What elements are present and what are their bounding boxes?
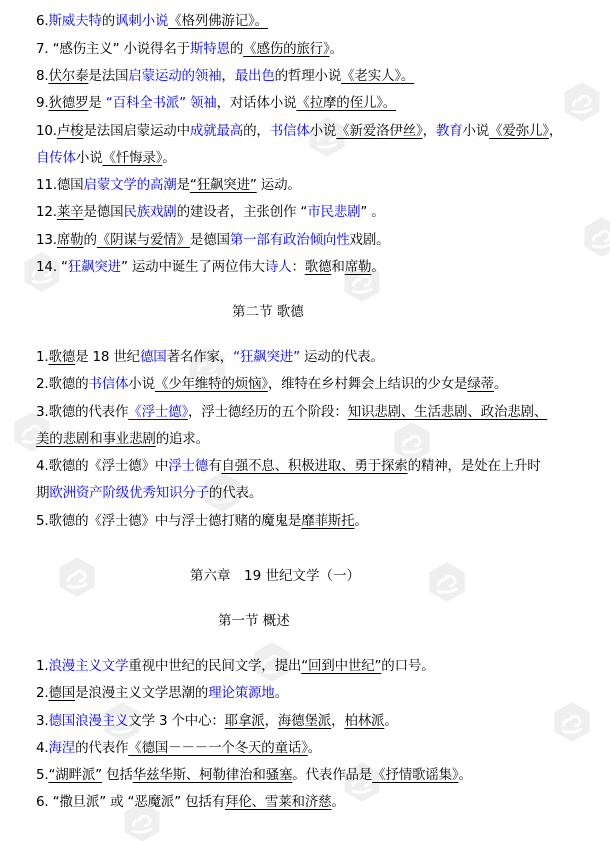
underlined-text: “回到中世纪” — [301, 658, 381, 674]
text-segment: 的精神，是处在上升时 — [408, 458, 541, 474]
text-segment: 运动。 — [257, 177, 301, 193]
highlighted-text: 成就最高 — [190, 123, 243, 139]
section-title: 第二节 歌德 — [232, 303, 304, 321]
text-segment: ，对话体小说 — [217, 95, 297, 111]
underlined-text: 华兹华斯、柯勒律治和骚塞 — [133, 767, 293, 783]
underlined-text: 绿蒂 — [467, 376, 494, 392]
list-item-continuation: 期欧洲资产阶级优秀知识分子的代表。 — [36, 484, 262, 502]
list-item: 6. “撒旦派” 或 “恶魔派” 包括有拜伦、雪莱和济慈。 — [36, 793, 345, 811]
list-item: 8.伏尔泰是法国启蒙运动的领袖，最出色的哲理小说《老实人》。 — [36, 67, 414, 85]
text-segment: ， — [423, 123, 436, 139]
list-item: 4.海涅的代表作《德国－－－一个冬天的童话》。 — [36, 739, 321, 757]
text-segment: 的追求。 — [156, 431, 209, 447]
highlighted-text: 书信体 — [270, 123, 310, 139]
highlighted-text: 德国浪漫主义 — [48, 713, 128, 729]
text-segment: 的 — [83, 232, 96, 248]
text-segment: 和 — [331, 259, 344, 275]
underlined-text: 《阴谋与爱情》 — [97, 232, 190, 248]
underlined-text: 靡菲斯托 — [301, 513, 354, 529]
text-segment: ， — [265, 713, 278, 729]
highlighted-text: 最出色 — [235, 68, 275, 84]
highlighted-text: 书信体 — [88, 376, 128, 392]
list-item: 11.德国启蒙文学的高潮是“狂飙突进” 运动。 — [36, 176, 301, 194]
highlighted-text: 第一部有政治倾向性 — [230, 232, 350, 248]
watermark-icon — [55, 555, 99, 599]
watermark-icon — [550, 700, 594, 744]
highlighted-text: 启蒙运动的领袖 — [128, 68, 221, 84]
section-title: 第一节 概述 — [218, 612, 290, 630]
text-segment: 的哲理小说 — [275, 68, 342, 84]
text-segment: 有 — [208, 458, 221, 474]
text-segment: 。 — [458, 767, 471, 783]
text-segment: 是 18 世纪 — [75, 349, 140, 365]
text-segment: 13. — [36, 232, 57, 248]
underlined-text: “湖畔派” — [48, 767, 102, 783]
underlined-text: 《格列佛游记》。 — [168, 13, 268, 29]
underlined-text: 《抒情歌谣集》 — [372, 767, 458, 783]
highlighted-text: 自传体 — [36, 150, 76, 166]
list-item: 14. “狂飙突进” 运动中诞生了两位伟大诗人：歌德和席勒。 — [36, 258, 385, 276]
text-segment: 6. — [36, 13, 48, 29]
highlighted-text: 海涅 — [48, 740, 75, 756]
text-segment: 11.德国 — [36, 177, 83, 193]
text-segment: 1. — [36, 658, 48, 674]
text-segment: 是法国启蒙运动中 — [83, 123, 189, 139]
underlined-text: 耶拿派 — [225, 713, 265, 729]
text-segment: 。 — [371, 259, 384, 275]
list-item: 2.德国是浪漫主义文学思潮的理论策源地。 — [36, 684, 288, 702]
text-segment: 14. “ — [36, 259, 68, 275]
underlined-text: 德国 — [48, 685, 75, 701]
text-segment: 小说 — [463, 123, 490, 139]
highlighted-text: 欧洲资产阶级优秀知识分子 — [49, 485, 209, 501]
watermark-icon — [580, 215, 610, 259]
underlined-text: 《感伤的旅行》 — [243, 41, 329, 57]
text-segment: ” 。 — [360, 204, 384, 220]
text-segment: 的代表。 — [209, 485, 262, 501]
text-segment: 。 — [162, 150, 175, 166]
highlighted-text: 《浮士德》 — [128, 404, 188, 420]
highlighted-text: 浪漫主义文学 — [48, 658, 128, 674]
text-segment: 是法国 — [88, 68, 128, 84]
text-segment: 8. — [36, 68, 48, 84]
list-item: 4.歌德的《浮士德》中浮士德有自强不息、积极进取、勇于探索的精神，是处在上升时 — [36, 457, 541, 475]
text-segment: 的口号。 — [381, 658, 434, 674]
list-item: 5.歌德的《浮士德》中与浮士德打赌的魔鬼是靡菲斯托。 — [36, 512, 368, 530]
text-segment: 著名作家， — [167, 349, 234, 365]
list-item: 6.斯威夫特的讽刺小说《格列佛游记》。 — [36, 12, 268, 30]
watermark-icon — [560, 80, 604, 124]
text-segment: 9. — [36, 95, 48, 111]
highlighted-text: 浮士德 — [168, 458, 208, 474]
text-segment: 的建设者，主张创作 “ — [177, 204, 308, 220]
text-segment: 小说 — [310, 123, 337, 139]
text-segment: 7. “感伤主义” 小说得名于 — [36, 41, 190, 57]
highlighted-text: 民族戏剧 — [123, 204, 176, 220]
highlighted-text: 诗人 — [265, 259, 292, 275]
text-segment: 是德国 — [83, 204, 123, 220]
text-segment: 是浪漫主义文学思潮的 — [75, 685, 208, 701]
highlighted-text: “百科全书派” 领袖 — [106, 95, 217, 111]
highlighted-text: 启蒙文学的高潮 — [83, 177, 176, 193]
list-item: 1.歌德是 18 世纪德国著名作家，“狂飙突进” 运动的代表。 — [36, 348, 384, 366]
text-segment: 期 — [36, 485, 49, 501]
text-segment: 3. — [36, 713, 48, 729]
text-segment: ， — [331, 713, 344, 729]
underlined-text: “狂飙突进” — [190, 177, 257, 193]
underlined-text: 柏林派 — [344, 713, 384, 729]
list-item: 13.席勒的《阴谋与爱情》是德国第一部有政治倾向性戏剧。 — [36, 231, 389, 249]
text-segment: 运动的代表。 — [300, 349, 384, 365]
text-segment: 4. — [36, 740, 48, 756]
text-segment: 。 — [275, 685, 288, 701]
document-page: 6.斯威夫特的讽刺小说《格列佛游记》。 7. “感伤主义” 小说得名于斯特恩的《… — [0, 0, 610, 841]
text-segment: 2. — [36, 685, 48, 701]
underlined-text: 《忏悔录》 — [103, 150, 163, 166]
text-segment: 的代表作 — [75, 740, 128, 756]
text-segment: ，维特在乡村舞会上结识的少女是 — [268, 376, 468, 392]
text-segment: 。 — [384, 713, 397, 729]
chapter-title: 第六章 19 世纪文学（一） — [190, 567, 360, 585]
text-segment: 4.歌德的《浮士德》中 — [36, 458, 168, 474]
text-segment: 。 — [354, 513, 367, 529]
text-segment: 3.歌德的代表作 — [36, 404, 128, 420]
highlighted-text: 德国 — [140, 349, 167, 365]
text-segment: 。 — [494, 376, 507, 392]
text-segment: 是 — [88, 95, 105, 111]
underlined-text: 《少年维特的烦恼》 — [155, 376, 268, 392]
text-segment: ，浮士德经历的五个阶段： — [188, 404, 348, 420]
underlined-text: 歌德 — [305, 259, 332, 275]
text-segment: 是德国 — [190, 232, 230, 248]
underlined-text: 卢梭 — [57, 123, 84, 139]
text-segment: 小说 — [76, 150, 103, 166]
list-item: 10.卢梭是法国启蒙运动中成就最高的，书信体小说《新爱洛伊丝》，教育小说《爱弥儿… — [36, 122, 562, 140]
underlined-text: 《老实人》。 — [341, 68, 414, 84]
text-segment: 5.歌德的《浮士德》中与浮士德打赌的魔鬼是 — [36, 513, 301, 529]
underlined-text: 莱辛 — [57, 204, 84, 220]
text-segment: 重视中世纪的民间文学，提出 — [128, 658, 301, 674]
underlined-text: 伏尔泰 — [48, 68, 88, 84]
highlighted-text: 斯威夫特 — [48, 13, 101, 29]
underlined-text: 美的悲剧和事业悲剧 — [36, 431, 156, 447]
text-segment: 的 — [102, 13, 115, 29]
list-item: 12.莱辛是德国民族戏剧的建设者，主张创作 “市民悲剧” 。 — [36, 203, 385, 221]
underlined-text: 自强不息、积极进取、勇于探索 — [221, 458, 407, 474]
text-segment: 。 — [330, 41, 343, 57]
list-item: 9.狄德罗是 “百科全书派” 领袖，对话体小说《拉摩的侄儿》。 — [36, 94, 396, 112]
text-segment: 。 — [308, 740, 321, 756]
list-item: 1.浪漫主义文学重视中世纪的民间文学，提出“回到中世纪”的口号。 — [36, 657, 435, 675]
text-segment: 的， — [243, 123, 270, 139]
list-item: 2.歌德的书信体小说《少年维特的烦恼》，维特在乡村舞会上结识的少女是绿蒂。 — [36, 375, 507, 393]
text-segment: 5. — [36, 767, 48, 783]
underlined-text: 席勒 — [57, 232, 84, 248]
text-segment: ” 运动中诞生了两位伟大 — [121, 259, 265, 275]
underlined-text: 知识悲剧、生活悲剧、政治悲剧、 — [348, 404, 548, 420]
underlined-text: 席勒 — [345, 259, 372, 275]
list-item: 3.歌德的代表作《浮士德》，浮士德经历的五个阶段：知识悲剧、生活悲剧、政治悲剧、 — [36, 403, 547, 421]
list-item-continuation: 自传体小说《忏悔录》。 — [36, 149, 176, 167]
highlighted-text: 狂飙突进 — [68, 259, 121, 275]
underlined-text: 《爱弥儿》 — [489, 123, 549, 139]
text-segment: ， — [549, 123, 562, 139]
text-segment: 。代表作品是 — [292, 767, 372, 783]
underlined-text: 《拉摩的侄儿》。 — [296, 95, 396, 111]
highlighted-text: 讽刺小说 — [115, 13, 168, 29]
text-segment: 的 — [230, 41, 243, 57]
underlined-text: 歌德 — [48, 349, 75, 365]
underlined-text: 狄德罗 — [48, 95, 88, 111]
text-segment: 6. “撒旦派” 或 “恶魔派” 包括有 — [36, 794, 225, 810]
list-item-continuation: 美的悲剧和事业悲剧的追求。 — [36, 430, 209, 448]
underlined-text: 《新爱洛伊丝》 — [336, 123, 422, 139]
list-item: 7. “感伤主义” 小说得名于斯特恩的《感伤的旅行》。 — [36, 40, 343, 58]
text-segment: 10. — [36, 123, 57, 139]
text-segment: 是 — [177, 177, 190, 193]
underlined-text: 海德堡派 — [278, 713, 331, 729]
underlined-text: 拜伦、雪莱和济慈 — [225, 794, 331, 810]
highlighted-text: 市民悲剧 — [307, 204, 360, 220]
highlighted-text: 斯特恩 — [190, 41, 230, 57]
text-segment: ： — [291, 259, 304, 275]
text-segment: 文学 3 个中心： — [128, 713, 224, 729]
list-item: 5.“湖畔派” 包括华兹华斯、柯勒律治和骚塞。代表作品是《抒情歌谣集》。 — [36, 766, 472, 784]
text-segment: 1. — [36, 349, 48, 365]
text-segment: 包括 — [102, 767, 133, 783]
highlighted-text: 理论策源地 — [208, 685, 275, 701]
watermark-icon — [425, 560, 469, 604]
text-segment: 。 — [331, 794, 344, 810]
highlighted-text: 教育 — [436, 123, 463, 139]
text-segment: 12. — [36, 204, 57, 220]
list-item: 3.德国浪漫主义文学 3 个中心：耶拿派，海德堡派，柏林派。 — [36, 712, 398, 730]
text-segment: 2.歌德的 — [36, 376, 88, 392]
text-segment: 戏剧。 — [350, 232, 390, 248]
text-segment: ， — [221, 68, 234, 84]
highlighted-text: “狂飙突进” — [233, 349, 300, 365]
underlined-text: 《德国－－－一个冬天的童话》 — [128, 740, 307, 756]
text-segment: 小说 — [128, 376, 155, 392]
